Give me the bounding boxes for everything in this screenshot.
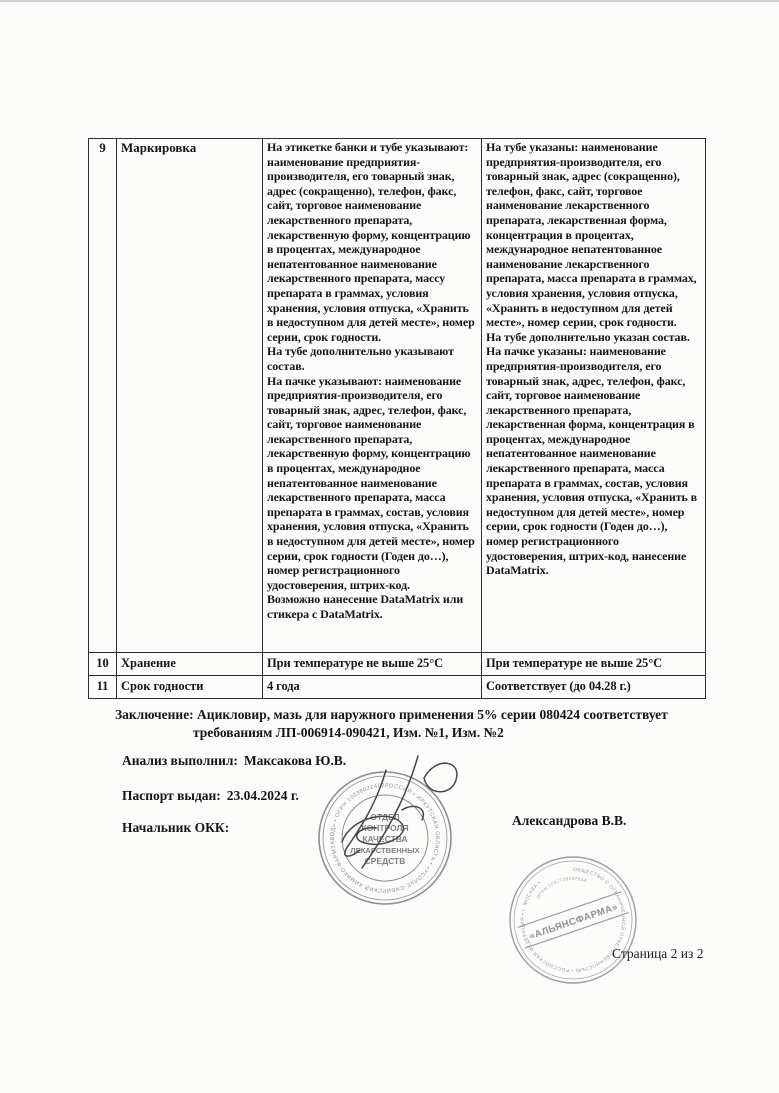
stamp-ogrn-text: ОГРН 1037739297644 [536, 876, 588, 900]
conclusion-line-1: Заключение: Ацикловир, мазь для наружног… [115, 706, 700, 724]
table-row: 11 Срок годности 4 года Соответствует (д… [89, 676, 706, 699]
row-label-shelf-life: Срок годности [117, 676, 263, 699]
storage-requirement-text: При температуре не выше 25°С [263, 653, 482, 676]
passport-label: Паспорт выдан: [122, 788, 221, 803]
analysis-label: Анализ выполнил: [122, 753, 238, 768]
svg-text:ЛЕКАРСТВЕННЫХ: ЛЕКАРСТВЕННЫХ [350, 846, 419, 855]
shelf-life-requirement-text: 4 года [263, 676, 482, 699]
row-number: 10 [89, 653, 117, 676]
table-row: 9 Маркировка На этикетке банки и тубе ук… [89, 139, 706, 653]
conclusion-block: Заключение: Ацикловир, мазь для наружног… [115, 706, 700, 742]
conclusion-line-2: требованиям ЛП-006914-090421, Изм. №1, И… [193, 724, 700, 742]
document-page: 9 Маркировка На этикетке банки и тубе ук… [0, 0, 779, 1093]
svg-text:СРЕДСТВ: СРЕДСТВ [365, 856, 406, 866]
marking-result-text: На тубе указаны: наименование предприяти… [482, 139, 706, 653]
stamp-center-text: ОТДЕЛ КОНТРОЛЯ КАЧЕСТВА ЛЕКАРСТВЕННЫХ СР… [350, 812, 419, 866]
storage-result-text: При температуре не выше 25°С [482, 653, 706, 676]
qc-head-label: Начальник ОКК: [122, 820, 229, 836]
qc-head-name: Александрова В.В. [512, 813, 626, 829]
qc-table: 9 Маркировка На этикетке банки и тубе ук… [88, 138, 706, 699]
marking-requirements-text: На этикетке банки и тубе указывают: наим… [263, 139, 482, 653]
row-number: 9 [89, 139, 117, 653]
passport-issued: Паспорт выдан:23.04.2024 г. [122, 788, 299, 804]
page-number: Страница 2 из 2 [612, 946, 703, 962]
qc-department-stamp: РОССИЯ • ИРКУТСКАЯ ОБЛАСТЬ • «УСОЛЬЕ-СИБ… [290, 750, 480, 920]
row-number: 11 [89, 676, 117, 699]
shelf-life-result-text: Соответствует (до 04.28 г.) [482, 676, 706, 699]
table-row: 10 Хранение При температуре не выше 25°С… [89, 653, 706, 676]
row-label-marking: Маркировка [117, 139, 263, 653]
manufacturer-stamp: ОБЩЕСТВО С ОГРАНИЧЕННОЙ ОТВЕТСТВЕННОСТЬЮ… [503, 850, 643, 990]
row-label-storage: Хранение [117, 653, 263, 676]
stamp-ring-text: РОССИЯ • ИРКУТСКАЯ ОБЛАСТЬ • «УСОЛЬЕ-СИБ… [290, 750, 440, 893]
scan-edge-artifact [0, 0, 779, 2]
passport-value: 23.04.2024 г. [227, 788, 299, 803]
